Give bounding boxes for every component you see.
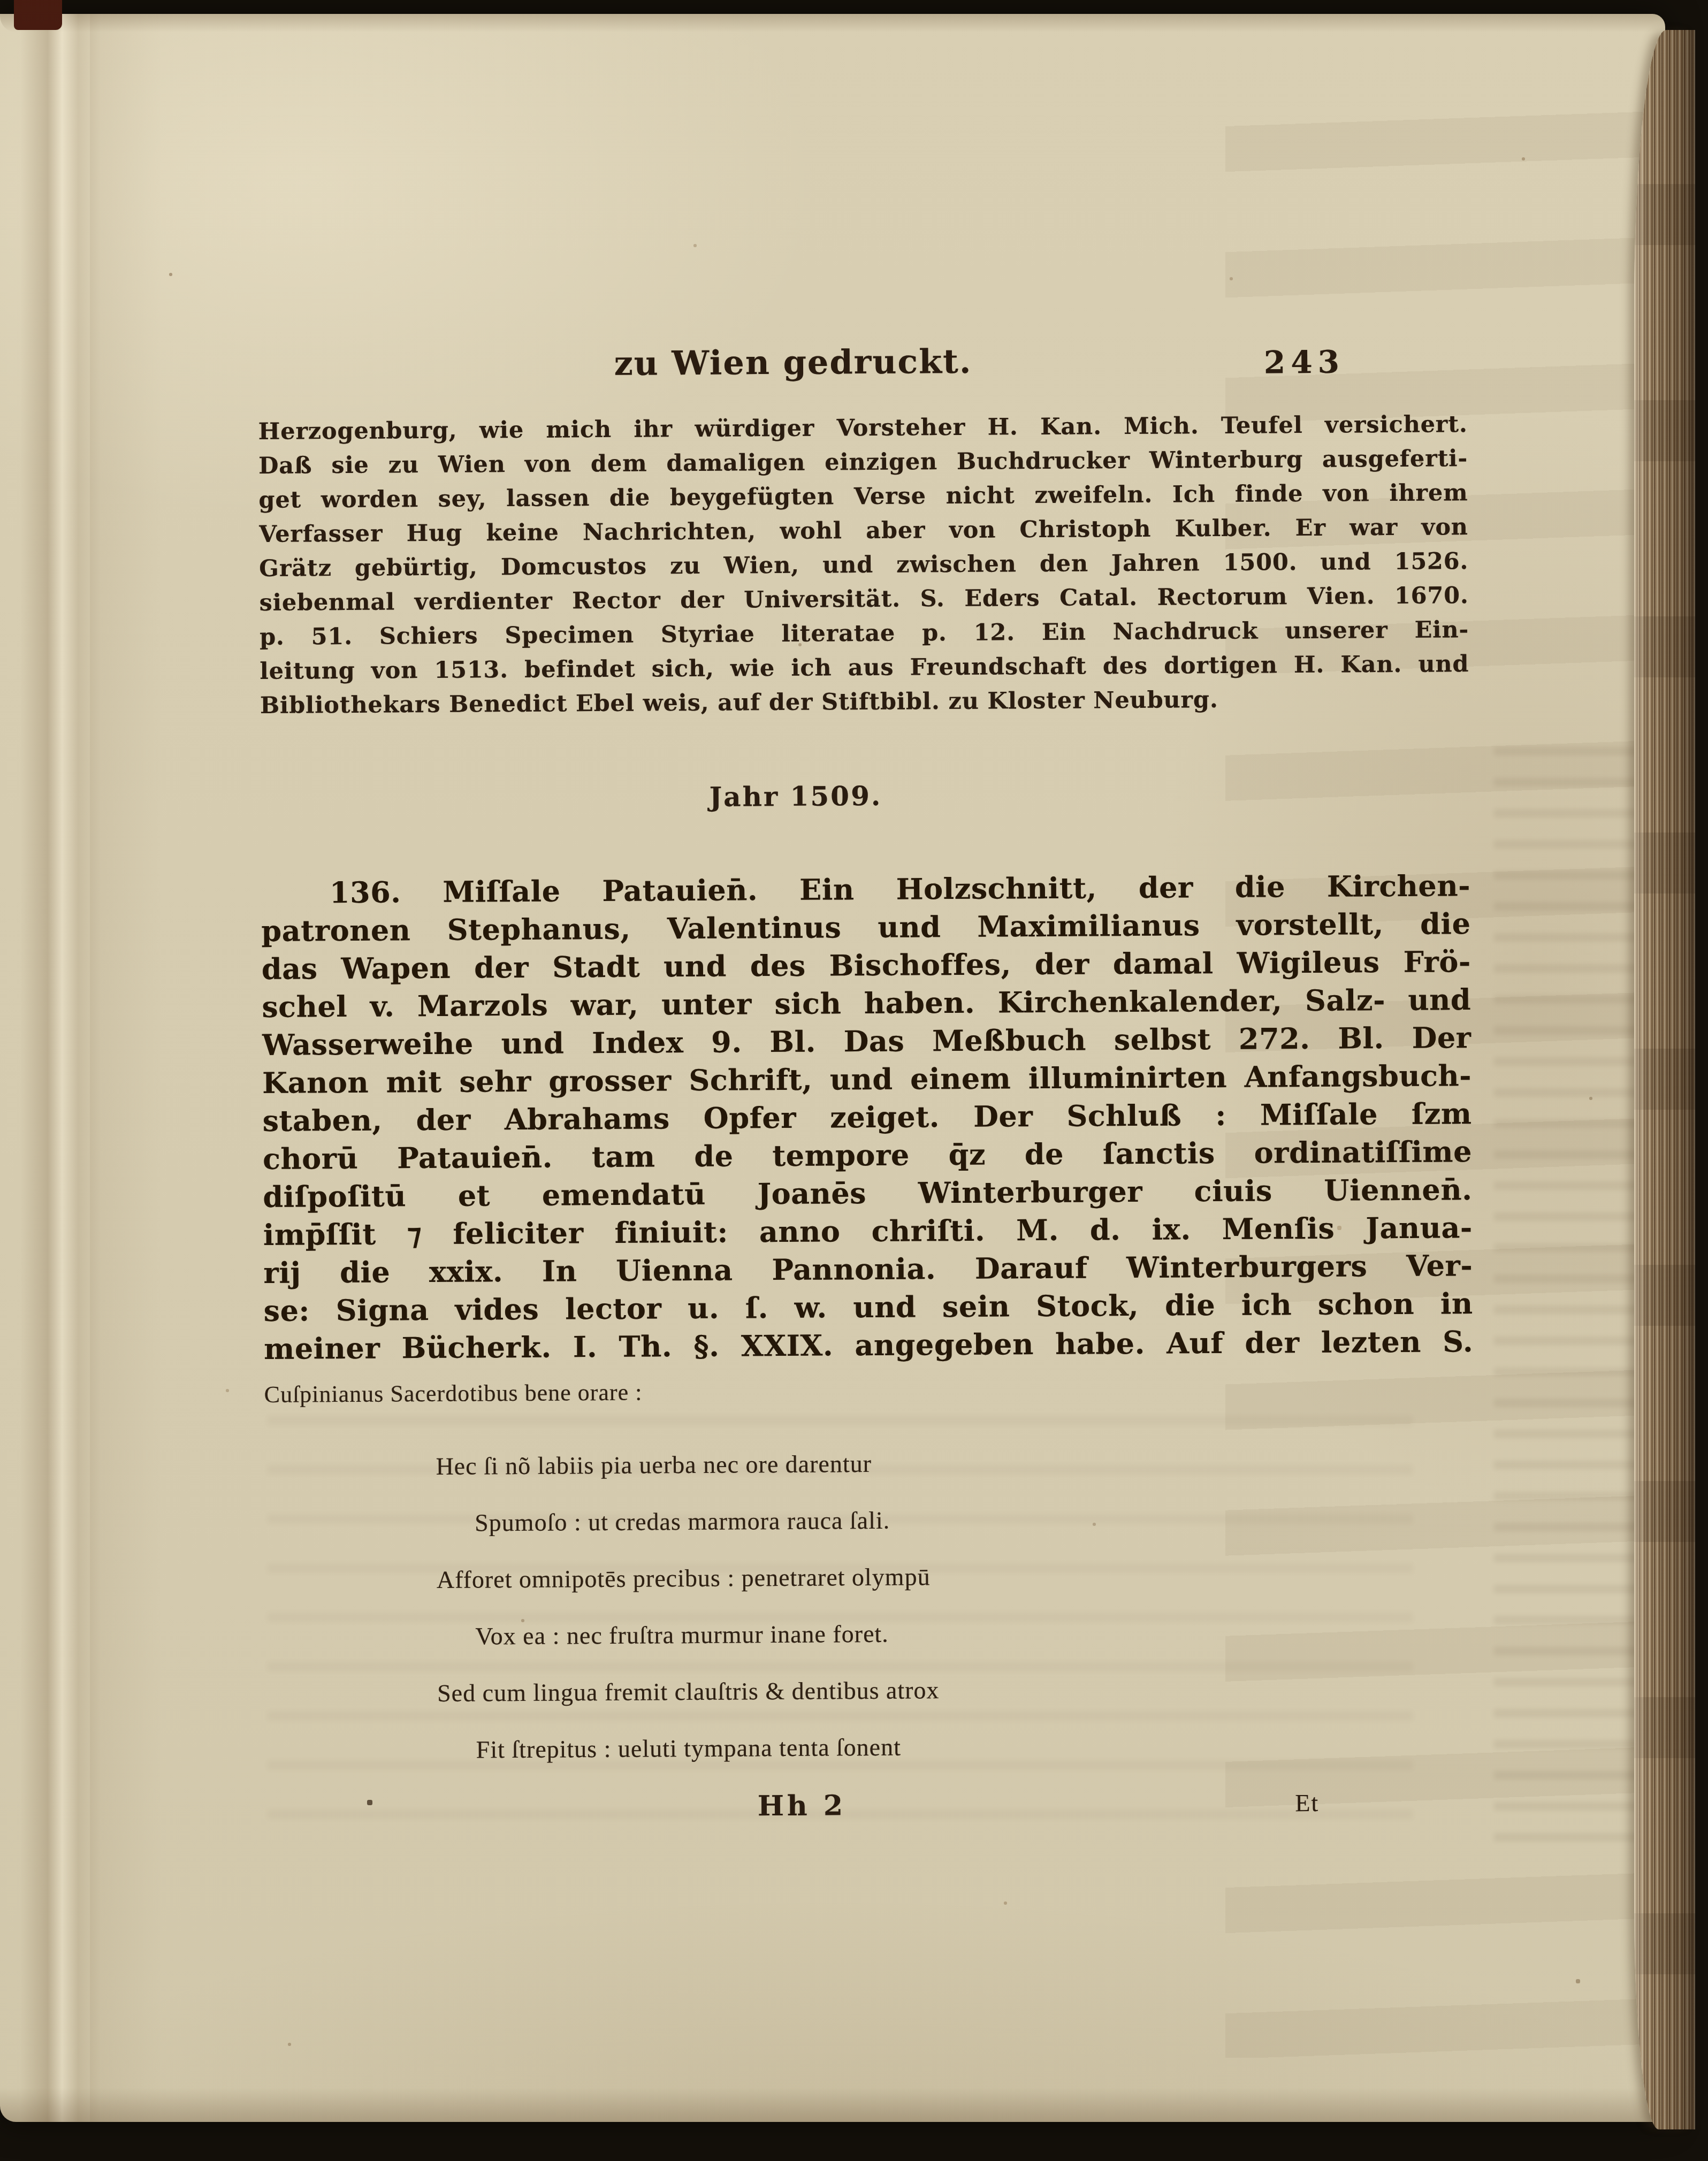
- gutter-crease-soft: [90, 14, 181, 2122]
- paper-specks: [0, 14, 1, 15]
- ink-showthrough-margin: [1494, 747, 1654, 1849]
- gutter-crease: [20, 14, 101, 2122]
- paragraph-continuation: Herzogenburg, wie mich ihr würdiger Vors…: [258, 407, 1469, 723]
- verse-line: Vox ea : nec fruſtra murmur inane foret.: [475, 1602, 1475, 1664]
- book-fore-edge: [1634, 30, 1695, 2129]
- catalog-entry-136: 136. Miſſale Patauien̄. Ein Holzschnitt,…: [261, 867, 1474, 1368]
- spine-head-fragment: [14, 0, 62, 30]
- latin-intro-line: Cuſpinianus Sacerdotibus bene orare :: [264, 1373, 1474, 1408]
- latin-verse-block: Hec ſi nõ labiis pia uerba nec ore daren…: [264, 1432, 1476, 1780]
- signature-mark: Hh 2: [748, 1789, 855, 1822]
- page-number: 243: [1264, 343, 1392, 380]
- verse-line: Sed cum lingua fremit clauſtris & dentib…: [437, 1659, 1476, 1722]
- verse-line: Afforet omnipotēs precibus : penetraret …: [437, 1545, 1475, 1608]
- book-page-scan: zu Wien gedruckt. 243 Herzogenburg, wie …: [0, 0, 1708, 2161]
- catchword: Et: [1295, 1788, 1381, 1817]
- text-block: zu Wien gedruckt. 243 Herzogenburg, wie …: [256, 10, 1478, 2126]
- year-heading: Jahr 1509.: [261, 777, 1331, 815]
- verse-line: Fit ſtrepitus : ueluti tympana tenta ſon…: [476, 1715, 1476, 1778]
- verse-line: Hec ſi nõ labiis pia uerba nec ore daren…: [436, 1432, 1474, 1495]
- verse-line: Spumoſo : ut credas marmora rauca ſali.: [475, 1488, 1475, 1551]
- running-title: zu Wien gedruckt.: [258, 340, 1328, 385]
- entry-line: meiner Bücherk. I. Th. §. XXIX. angegebe…: [264, 1323, 1473, 1368]
- paragraph-line: Bibliothekars Benedict Ebel weis, auf de…: [260, 681, 1469, 723]
